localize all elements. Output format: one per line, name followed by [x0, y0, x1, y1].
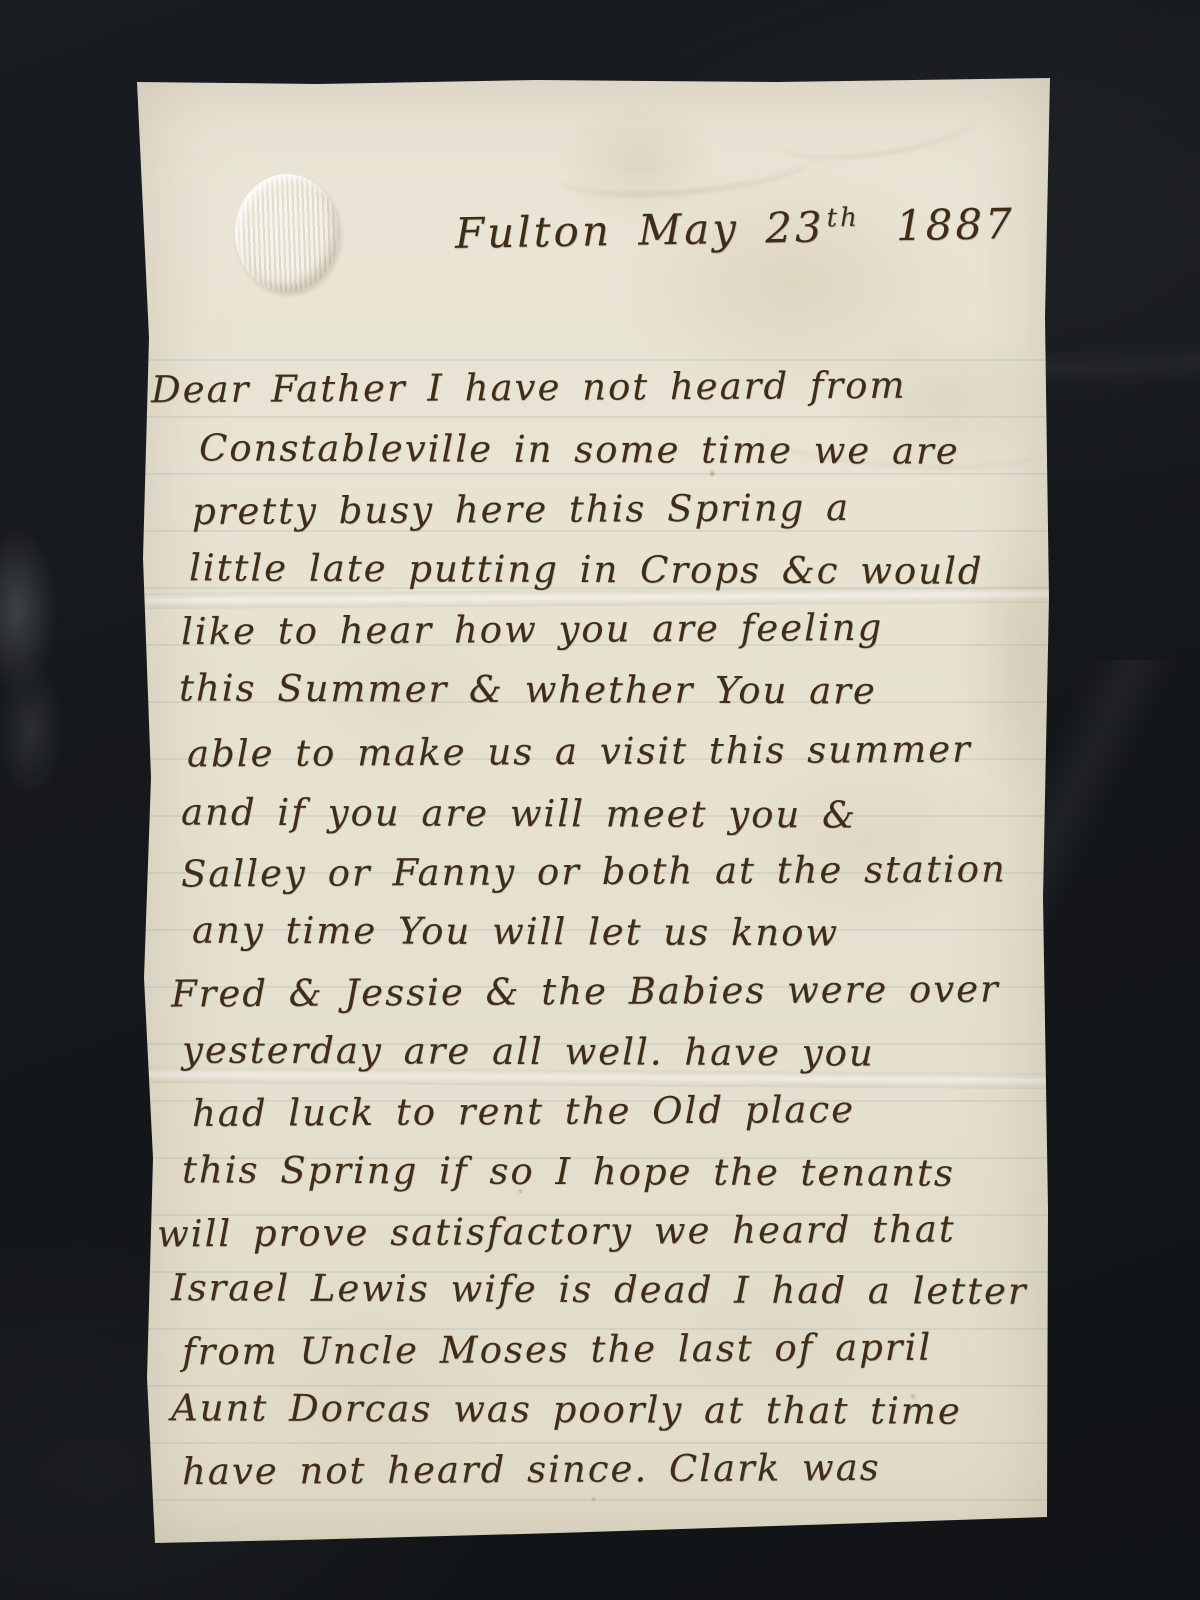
letter-line: Israel Lewis wife is dead I had a letter — [171, 1266, 1028, 1313]
letter-line: Fred & Jessie & the Babies were over — [171, 967, 1000, 1015]
letter-line: any time You will let us know — [192, 909, 839, 955]
photo-background: Fulton May 23th1887 Dear Father I have n… — [0, 0, 1200, 1600]
letter-line: pretty busy here this Spring a — [192, 486, 850, 533]
letter-line: little late putting in Crops &c would — [189, 546, 984, 592]
dateline-ordinal-suffix: th — [826, 203, 860, 234]
dateline-place-day: Fulton May 23 — [455, 202, 826, 257]
letter-line: had luck to rent the Old place — [192, 1088, 855, 1135]
letter-line: able to make us a visit this summer — [187, 728, 972, 776]
letter-line: Dear Father I have not heard from — [151, 364, 907, 412]
letter-line: yesterday are all well. have you — [182, 1028, 875, 1074]
letter-line: this Spring if so I hope the tenants — [182, 1148, 955, 1194]
letter-paper: Fulton May 23th1887 Dear Father I have n… — [137, 78, 1050, 1543]
letter-line: and if you are will meet you & — [181, 791, 857, 837]
background-chalk-smudge — [0, 505, 97, 805]
letter-line: Salley or Fanny or both at the station — [181, 847, 1007, 895]
embossed-seal-icon — [235, 174, 339, 292]
letter-line: this Summer & whether You are — [179, 666, 877, 712]
letter-line: Constableville in some time we are — [199, 426, 960, 472]
dateline: Fulton May 23th1887 — [455, 199, 1016, 258]
letter-line: from Uncle Moses the last of april — [182, 1326, 932, 1374]
letter-line: will prove satisfactory we heard that — [157, 1208, 956, 1256]
dateline-year: 1887 — [896, 199, 1016, 250]
letter-line: have not heard since. Clark was — [182, 1446, 881, 1493]
letter-line: Aunt Dorcas was poorly at that time — [171, 1386, 962, 1432]
letter-line: like to hear how you are feeling — [181, 606, 884, 653]
